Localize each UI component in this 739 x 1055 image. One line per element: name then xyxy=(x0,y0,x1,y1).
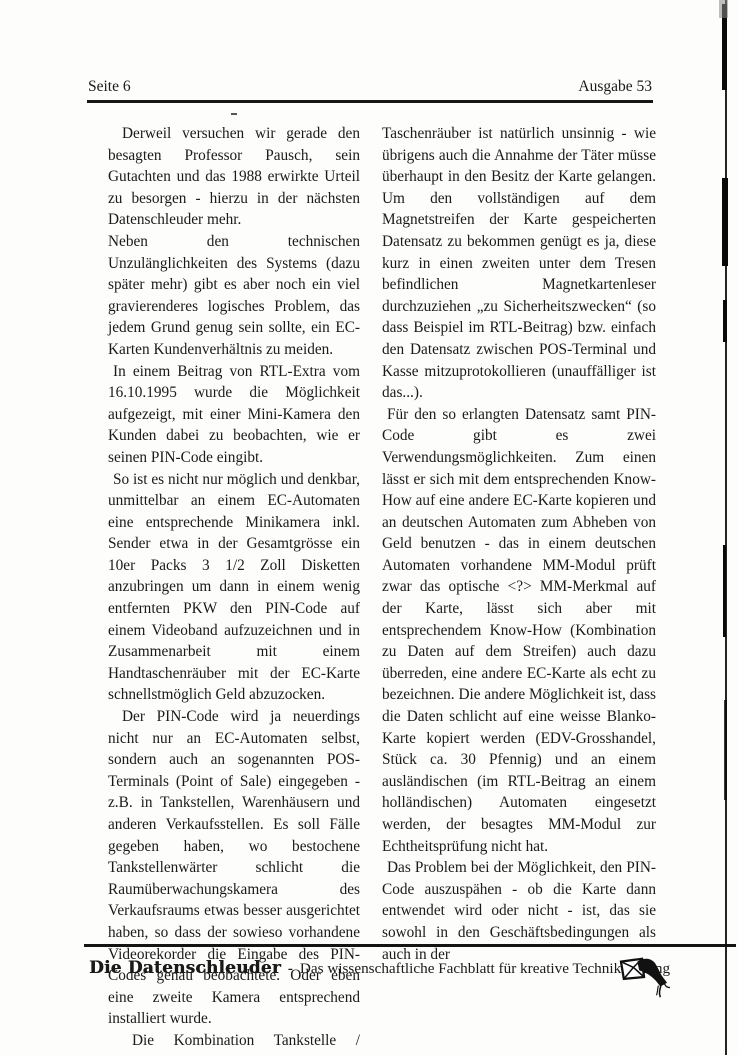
footer-rule xyxy=(84,944,736,947)
paragraph: Neben den technischen Unzulänglichkeiten… xyxy=(108,231,360,361)
paragraph: Taschenräuber ist natürlich unsinnig - w… xyxy=(382,123,656,404)
magazine-title: Die Datenschleuder xyxy=(89,958,281,978)
footer-tagline: Das wissenschaftliche Fachblatt für krea… xyxy=(300,960,670,978)
datenschleuder-hand-logo-icon xyxy=(617,953,671,1001)
footer-separator: - xyxy=(288,961,293,978)
scan-artifact-blob xyxy=(723,300,727,342)
scan-artifact-dash xyxy=(231,113,237,115)
issue-number: Ausgabe 53 xyxy=(578,78,652,96)
paragraph: Derweil versuchen wir gerade den besagte… xyxy=(108,123,360,231)
scan-artifact-blob xyxy=(722,178,728,266)
scan-artifact-blob xyxy=(724,700,727,800)
scan-artifact-blob xyxy=(723,545,726,637)
left-column: Derweil versuchen wir gerade den besagte… xyxy=(108,123,360,1052)
header-rule xyxy=(87,100,653,103)
paragraph: Das Problem bei der Möglichkeit, den PIN… xyxy=(382,857,656,965)
page-header: Seite 6 Ausgabe 53 xyxy=(88,78,652,96)
page-number: Seite 6 xyxy=(88,78,131,96)
paragraph: Für den so erlangten Datensatz samt PIN-… xyxy=(382,404,656,857)
paragraph: So ist es nicht nur möglich und denkbar,… xyxy=(108,469,360,707)
scanned-magazine-page: Seite 6 Ausgabe 53 Derweil versuchen wir… xyxy=(0,0,739,1055)
paragraph: Die Kombination Tankstelle / xyxy=(108,1030,360,1052)
right-column: Taschenräuber ist natürlich unsinnig - w… xyxy=(382,123,656,1052)
page-footer: Die Datenschleuder - Das wissenschaftlic… xyxy=(89,958,619,978)
paragraph: Der PIN-Code wird ja neuerdings nicht nu… xyxy=(108,706,360,1030)
paragraph: In einem Beitrag von RTL-Extra vom 16.10… xyxy=(108,361,360,469)
scan-artifact-blob xyxy=(719,0,728,18)
article-body: Derweil versuchen wir gerade den besagte… xyxy=(108,123,656,1052)
scan-artifact-edge-line xyxy=(725,0,727,1055)
